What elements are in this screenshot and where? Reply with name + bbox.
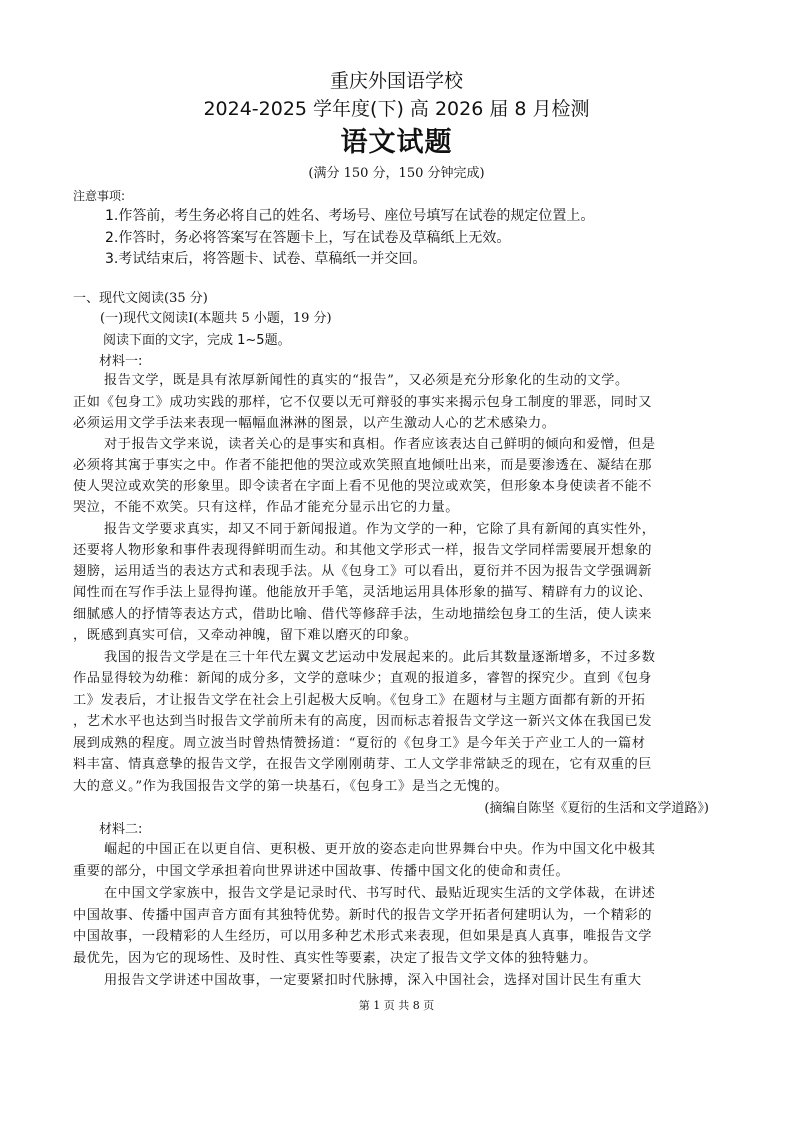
- material-2-label: 材料二:: [99, 818, 142, 837]
- paragraph-line: 工》发表后，才让报告文学在社会上引起极大反响。《包身工》在题材与主题方面都有新的…: [73, 689, 723, 708]
- paragraph-line: 大的意义。”作为我国报告文学的第一块基石，《包身工》是当之无愧的。: [73, 775, 723, 794]
- paragraph-line: 正如《包身工》成功实践的那样，它不仅要以无可辩驳的事实来揭示包身工制度的罪恶，同…: [73, 391, 723, 410]
- notice-title: 注意事项:: [73, 187, 125, 204]
- paragraph-line: 使人哭泣或欢笑的形象里。即令读者在字面上看不见他的哭泣或欢笑，但形象本身使读者不…: [73, 475, 723, 494]
- paragraph-line: 还要将人物形象和事件表现得鲜明而生动。和其他文学形式一样，报告文学同样需要展开想…: [73, 539, 723, 558]
- notice-item: 3.考试结束后，将答题卡、试卷、草稿纸一并交回。: [105, 248, 426, 268]
- material-1-label: 材料一:: [99, 350, 142, 369]
- exam-term: 2024-2025 学年度(下) 高 2026 届 8 月检测: [0, 94, 793, 121]
- paragraph-line: 翅膀，运用适当的表达方式和表现手法。从《包身工》可以看出，夏衍并不因为报告文学强…: [73, 560, 723, 579]
- paragraph-line: 作品显得较为幼稚：新闻的成分多，文学的意味少；直观的报道多，睿智的探究少。直到《…: [73, 667, 723, 686]
- page-number: 第 1 页 共 8 页: [0, 997, 793, 1013]
- notice-item: 2.作答时，务必将答案写在答题卡上，写在试卷及草稿纸上无效。: [105, 227, 510, 247]
- paragraph-line: 崛起的中国正在以更自信、更积极、更开放的姿态走向世界舞台中央。作为中国文化中极其: [104, 838, 754, 857]
- school-name: 重庆外国语学校: [0, 66, 793, 93]
- paragraph-line: 报告文学，既是具有浓厚新闻性的真实的“报告”，又必须是充分形象化的生动的文学。: [104, 369, 754, 388]
- paragraph-line: 用报告文学讲述中国故事，一定要紧扣时代脉搏，深入中国社会，选择对国计民生有重大: [104, 969, 754, 988]
- source-citation: (摘编自陈坚《夏衍的生活和文学道路》): [484, 797, 709, 816]
- exam-subject-title: 语文试题: [0, 120, 793, 159]
- subsection-title: (一)现代文阅读Ⅰ(本题共 5 小题，19 分): [100, 307, 332, 326]
- paragraph-line: 中国故事，一段精彩的人生经历，可以用多种艺术形式来表现，但如果是真人真事，唯报告…: [73, 925, 723, 944]
- paragraph-line: 对于报告文学来说，读者关心的是事实和真相。作者应该表达自己鲜明的倾向和爱憎，但是: [104, 433, 754, 452]
- paragraph-line: 重要的部分，中国文学承担着向世界讲述中国故事、传播中国文化的使命和责任。: [73, 860, 723, 879]
- paragraph-line: 最优先，因为它的现场性、及时性、真实性等要素，决定了报告文学文体的独特魅力。: [73, 947, 723, 966]
- paragraph-line: 在中国文学家族中，报告文学是记录时代、书写时代、最贴近现实生活的文学体裁，在讲述: [104, 882, 754, 901]
- paragraph-line: 料丰富、情真意挚的报告文学，在报告文学刚刚萌芽、工人文学非常缺乏的现在，它有双重…: [73, 753, 723, 772]
- paragraph-line: 必须将其寓于事实之中。作者不能把他的哭泣或欢笑照直地倾吐出来，而是要渗透在、凝结…: [73, 454, 723, 473]
- score-info: (满分 150 分，150 分钟完成): [0, 162, 793, 181]
- paragraph-line: 我国的报告文学是在三十年代左翼文艺运动中发展起来的。此后其数量逐渐增多，不过多数: [104, 646, 754, 665]
- notice-item: 1.作答前，考生务必将自己的姓名、考场号、座位号填写在试卷的规定位置上。: [105, 205, 594, 225]
- section-title: 一、现代文阅读(35 分): [73, 287, 208, 306]
- paragraph-line: 细腻感人的抒情等表达方式，借助比喻、借代等修辞手法，生动地描绘包身工的生活，使人…: [73, 603, 723, 622]
- paragraph-line: 展到成熟的程度。周立波当时曾热情赞扬道：“夏衍的《包身工》是今年关于产业工人的一…: [73, 732, 723, 751]
- paragraph-line: ，既感到真实可信，又牵动神魄，留下难以磨灭的印象。: [73, 624, 723, 643]
- paragraph-line: 闻性而在写作手法上显得拘谨。他能放开手笔，灵活地运用具体形象的描写、精辟有力的议…: [73, 581, 723, 600]
- paragraph-line: ，艺术水平也达到当时报告文学前所未有的高度，因而标志着报告文学这一新兴文体在我国…: [73, 710, 723, 729]
- paragraph-line: 中国故事、传播中国声音方面有其独特优势。新时代的报告文学开拓者何建明认为，一个精…: [73, 904, 723, 923]
- paragraph-line: 必须运用文学手法来表现一幅幅血淋淋的图景，以产生激动人心的艺术感染力。: [73, 412, 723, 431]
- exam-page: 重庆外国语学校 2024-2025 学年度(下) 高 2026 届 8 月检测 …: [0, 0, 793, 1121]
- reading-instruction: 阅读下面的文字，完成 1~5题。: [103, 329, 291, 348]
- paragraph-line: 报告文学要求真实，却又不同于新闻报道。作为文学的一种，它除了具有新闻的真实性外，: [104, 518, 754, 537]
- paragraph-line: 哭泣，不能不欢笑。只有这样，作品才能充分显示出它的力量。: [73, 496, 723, 515]
